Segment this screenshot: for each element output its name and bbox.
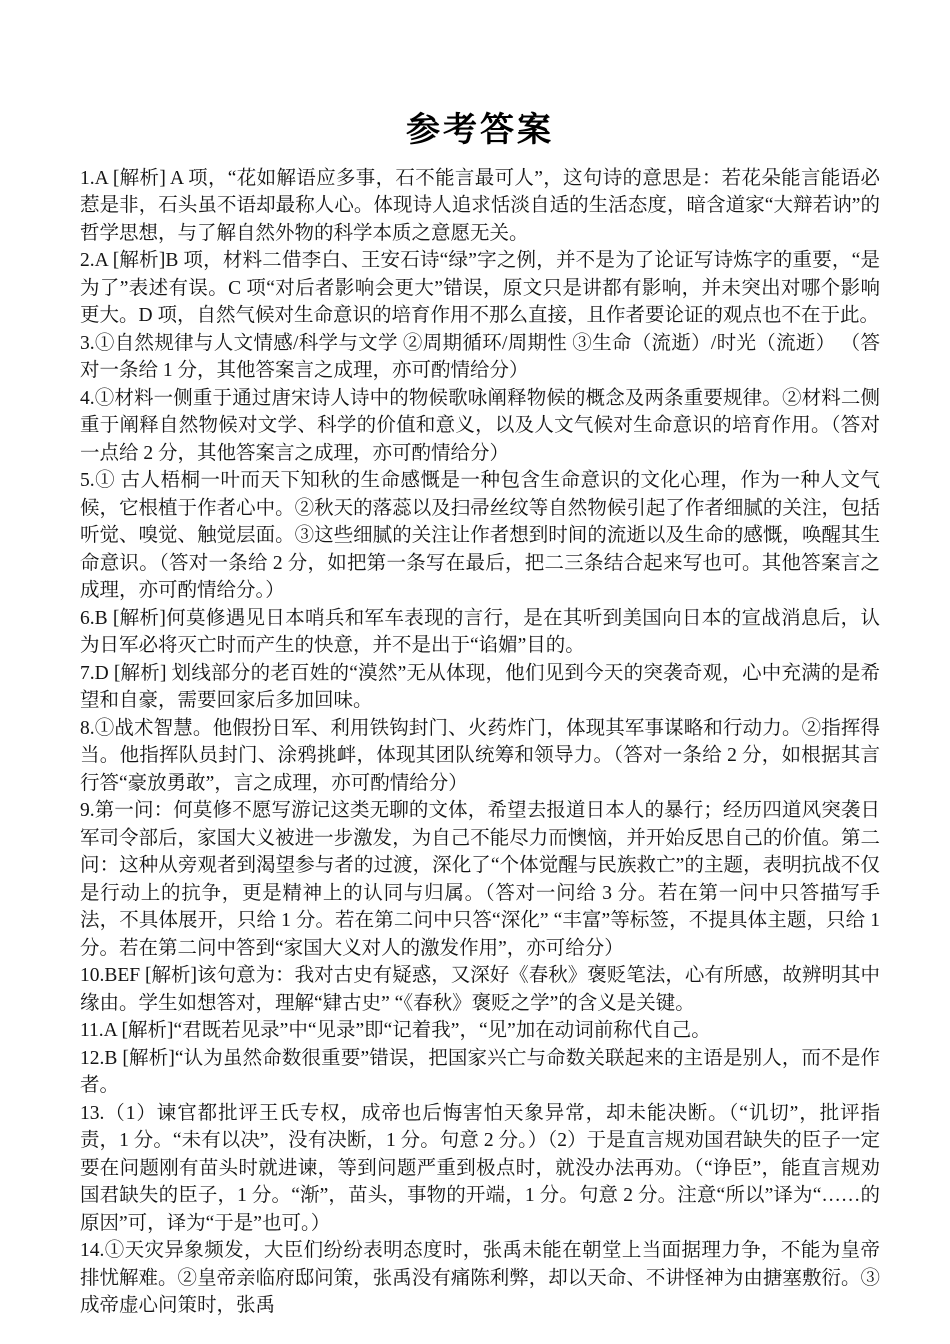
page-title: 参考答案 <box>80 110 880 151</box>
answer-item-13: 13.（1）谏官都批评王氏专权，成帝也后悔害怕天象异常，却未能决断。（“讥切”，… <box>80 1100 880 1238</box>
answer-sheet-page: 参考答案 1.A [解析] A 项，“花如解语应多事，石不能言最可人”，这句诗的… <box>0 0 950 1344</box>
answer-item-8: 8.①战术智慧。他假扮日军、利用铁钩封门、火药炸门，体现其军事谋略和行动力。②指… <box>80 715 880 798</box>
answer-item-9: 9.第一问：何莫修不愿写游记这类无聊的文体，希望去报道日本人的暴行；经历四道风突… <box>80 797 880 962</box>
answers-body: 1.A [解析] A 项，“花如解语应多事，石不能言最可人”，这句诗的意思是：若… <box>80 165 880 1320</box>
answer-item-4: 4.①材料一侧重于通过唐宋诗人诗中的物候歌咏阐释物候的概念及两条重要规律。②材料… <box>80 385 880 468</box>
answer-item-6: 6.B [解析]何莫修遇见日本哨兵和军车表现的言行，是在其听到美国向日本的宣战消… <box>80 605 880 660</box>
answer-item-3: 3.①自然规律与人文情感/科学与文学 ②周期循环/周期性 ③生命（流逝）/时光（… <box>80 330 880 385</box>
answer-item-2: 2.A [解析]B 项，材料二借李白、王安石诗“绿”字之例，并不是为了论证写诗炼… <box>80 247 880 330</box>
answer-item-10: 10.BEF [解析]该句意为：我对古史有疑惑，又深好《春秋》褒贬笔法，心有所感… <box>80 962 880 1017</box>
answer-item-11: 11.A [解析]“君既若见录”中“见录”即“记着我”，“见”加在动词前称代自己… <box>80 1017 880 1045</box>
answer-item-7: 7.D [解析] 划线部分的老百姓的“漠然”无从体现，他们见到今天的突袭奇观，心… <box>80 660 880 715</box>
answer-item-14: 14.①天灾异象频发，大臣们纷纷表明态度时，张禹未能在朝堂上当面据理力争，不能为… <box>80 1237 880 1320</box>
answer-item-12: 12.B [解析]“认为虽然命数很重要”错误，把国家兴亡与命数关联起来的主语是别… <box>80 1045 880 1100</box>
answer-item-1: 1.A [解析] A 项，“花如解语应多事，石不能言最可人”，这句诗的意思是：若… <box>80 165 880 248</box>
answer-item-5: 5.① 古人梧桐一叶而天下知秋的生命感慨是一种包含生命意识的文化心理，作为一种人… <box>80 467 880 605</box>
